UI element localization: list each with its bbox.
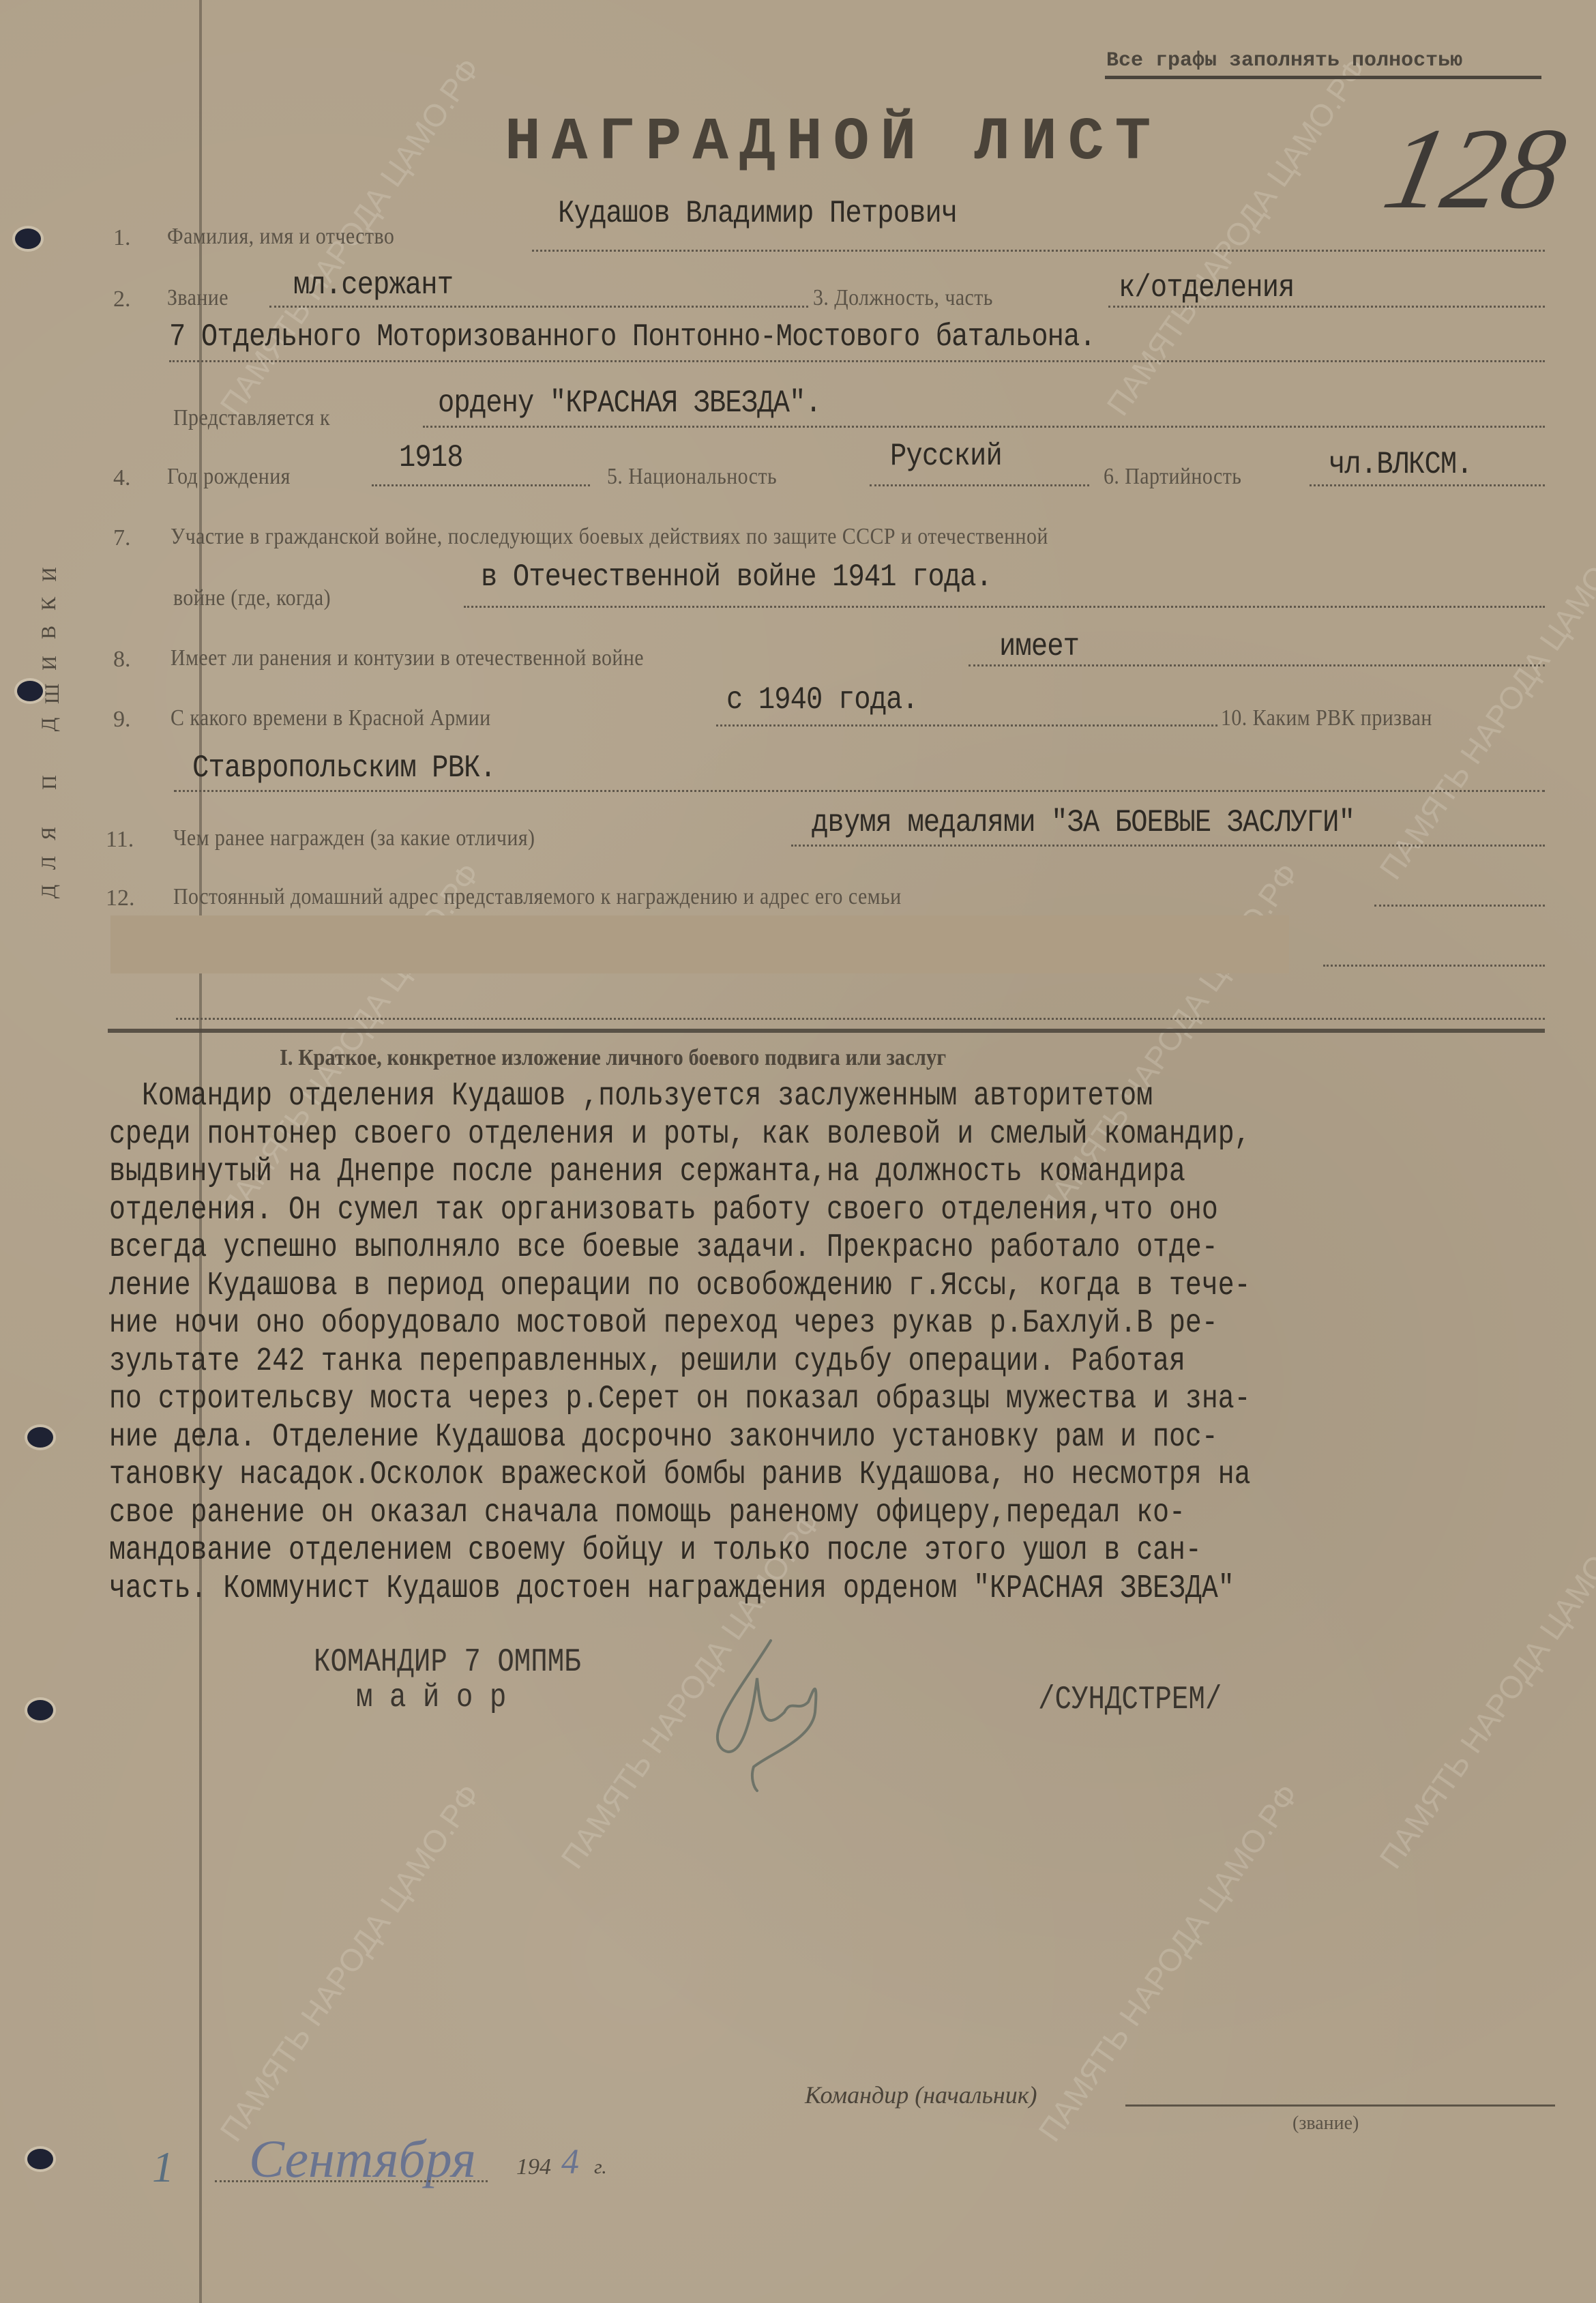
margin-letter: Д <box>38 885 61 898</box>
field-12-label: Постоянный домашний адрес представляемог… <box>173 884 902 910</box>
field-4-line <box>372 484 590 486</box>
field-11-label: Чем ранее награжден (за какие отличия) <box>173 825 535 851</box>
feat-line: Командир отделения Кудашов ,пользуется з… <box>109 1078 1251 1116</box>
date-month-line <box>215 2180 488 2182</box>
section-divider <box>108 1029 1545 1033</box>
field-4-label: Год рождения <box>167 464 291 490</box>
feat-line: ние дела. Отделение Кудашова досрочно за… <box>109 1419 1251 1457</box>
watermark: ПАМЯТЬ НАРОДА ЦАМО.РФ <box>212 1777 487 2148</box>
rank-caption: (звание) <box>1292 2113 1359 2135</box>
field-5-line <box>870 484 1089 486</box>
margin-letter: И <box>38 656 61 671</box>
commander-line <box>1125 2104 1555 2107</box>
feat-line: выдвинутый на Днепре после ранения сержа… <box>109 1154 1251 1192</box>
field-3-value: к/отделения <box>1119 270 1295 306</box>
watermark: ПАМЯТЬ НАРОДА ЦАМО.РФ <box>1099 51 1374 422</box>
margin-letter: В <box>38 626 61 639</box>
field-7-line <box>464 606 1545 608</box>
field-9-line <box>716 724 1217 727</box>
margin-letter: П <box>38 775 61 790</box>
field-10-label: 10. Каким РВК призван <box>1221 705 1432 731</box>
field-3-label: 3. Должность, часть <box>813 285 993 311</box>
margin-letter: И <box>38 567 61 582</box>
signer-rank: м а й о р <box>356 1679 506 1716</box>
field-11-value: двумя медалями "ЗА БОЕВЫЕ ЗАСЛУГИ" <box>812 805 1355 840</box>
feat-heading: I. Краткое, конкретное изложение личного… <box>280 1045 946 1071</box>
field-4-number: 4. <box>113 465 131 491</box>
feat-line: отделения. Он сумел так организовать раб… <box>109 1192 1251 1230</box>
feat-line: по строительсву моста через р.Серет он п… <box>109 1381 1251 1419</box>
field-12-line3 <box>176 1018 1545 1020</box>
field-12-line <box>1374 905 1545 907</box>
field-8-value: имеет <box>999 629 1079 664</box>
redacted-address <box>110 915 1289 973</box>
field-9-number: 9. <box>113 707 131 733</box>
presented-value: ордену "КРАСНАЯ ЗВЕЗДА". <box>438 385 821 421</box>
field-7-label-line2: войне (где, когда) <box>173 585 331 611</box>
field-2-label: Звание <box>167 285 228 311</box>
binder-hole <box>27 1427 53 1448</box>
field-12-line2 <box>1323 965 1545 967</box>
field-1-value: Кудашов Владимир Петрович <box>558 196 957 231</box>
field-2-value: мл.сержант <box>293 267 453 303</box>
field-8-number: 8. <box>113 647 131 673</box>
commander-label: Командир (начальник) <box>805 2081 1037 2109</box>
header-note: Все графы заполнять полностью <box>1106 49 1462 72</box>
margin-letter: Л <box>38 856 61 870</box>
binder-hole <box>15 229 41 249</box>
margin-letter: К <box>38 597 61 611</box>
field-10-value: Ставропольским РВК. <box>192 750 496 786</box>
presented-label: Представляется к <box>173 405 330 431</box>
feat-line: ление Кудашова в период операции по осво… <box>109 1267 1251 1306</box>
binder-hole <box>27 2149 53 2169</box>
presented-line <box>423 426 1545 428</box>
field-6-label: 6. Партийность <box>1104 464 1241 490</box>
margin-letter: Я <box>38 827 61 840</box>
field-2-line <box>269 306 808 308</box>
field-12-number: 12. <box>106 885 135 911</box>
feat-line: мандование отделением своему бойцу и тол… <box>109 1532 1251 1570</box>
page-title: НАГРАДНОЙ ЛИСТ <box>505 109 1162 177</box>
date-year-suffix: 4 <box>561 2142 579 2182</box>
field-4-value: 1918 <box>399 440 463 475</box>
field-11-line <box>791 845 1545 847</box>
date-day: 1 <box>152 2142 174 2192</box>
date-line: 1 Сентября 194 4 г. <box>78 2135 897 2197</box>
binder-hole <box>27 1700 53 1720</box>
feat-line: ние ночи оно оборудовало мостовой перехо… <box>109 1305 1251 1343</box>
field-6-value: чл.ВЛКСМ. <box>1329 447 1473 482</box>
feat-line: свое ранение он оказал сначала помощь ра… <box>109 1495 1251 1533</box>
field-3-value-line2: 7 Отдельного Моторизованного Понтонно-Мо… <box>169 319 1095 355</box>
field-8-label: Имеет ли ранения и контузии в отечествен… <box>171 645 644 671</box>
feat-line: зультате 242 танка переправленных, решил… <box>109 1343 1251 1381</box>
field-1-label: Фамилия, имя и отчество <box>167 224 394 250</box>
field-9-value: с 1940 года. <box>726 682 918 718</box>
field-9-label: С какого времени в Красной Армии <box>171 705 491 731</box>
field-10-line <box>174 790 1545 792</box>
handwritten-signature <box>689 1630 893 1794</box>
header-note-underline <box>1105 76 1541 79</box>
field-11-number: 11. <box>106 827 134 853</box>
feat-line: всегда успешно выполняло все боевые зада… <box>109 1229 1251 1267</box>
feat-line: тановку насадок.Осколок вражеской бомбы … <box>109 1456 1251 1495</box>
date-year-prefix: 194 <box>516 2154 551 2180</box>
field-7-value: в Отечественной войне 1941 года. <box>481 559 992 595</box>
signer-position: КОМАНДИР 7 ОМПМБ <box>314 1644 581 1681</box>
signer-name: /СУНДСТРЕМ/ <box>1038 1682 1222 1718</box>
feat-line: среди понтонер своего отделения и роты, … <box>109 1116 1251 1154</box>
field-5-label: 5. Национальность <box>607 464 777 490</box>
date-g: г. <box>594 2156 607 2179</box>
margin-letter: Д <box>38 718 61 731</box>
field-3-line <box>1108 306 1545 308</box>
field-2-number: 2. <box>113 287 131 312</box>
field-3-line2 <box>169 360 1545 362</box>
field-8-line <box>969 664 1545 666</box>
field-6-line <box>1310 484 1545 486</box>
watermark: ПАМЯТЬ НАРОДА ЦАМО.РФ <box>1372 515 1596 886</box>
margin-letter: Ш <box>41 684 64 704</box>
watermark: ПАМЯТЬ НАРОДА ЦАМО.РФ <box>1031 1777 1305 2148</box>
field-1-number: 1. <box>113 225 131 251</box>
feat-text: Командир отделения Кудашов ,пользуется з… <box>109 1078 1484 1608</box>
handwritten-number: 128 <box>1374 102 1576 235</box>
field-5-value: Русский <box>890 439 1002 474</box>
field-1-line <box>532 250 1545 252</box>
binder-hole <box>17 681 43 701</box>
field-7-label: Участие в гражданской войне, последующих… <box>171 524 1048 550</box>
field-7-number: 7. <box>113 525 131 551</box>
feat-line: часть. Коммунист Кудашов достоен награжд… <box>109 1570 1251 1609</box>
